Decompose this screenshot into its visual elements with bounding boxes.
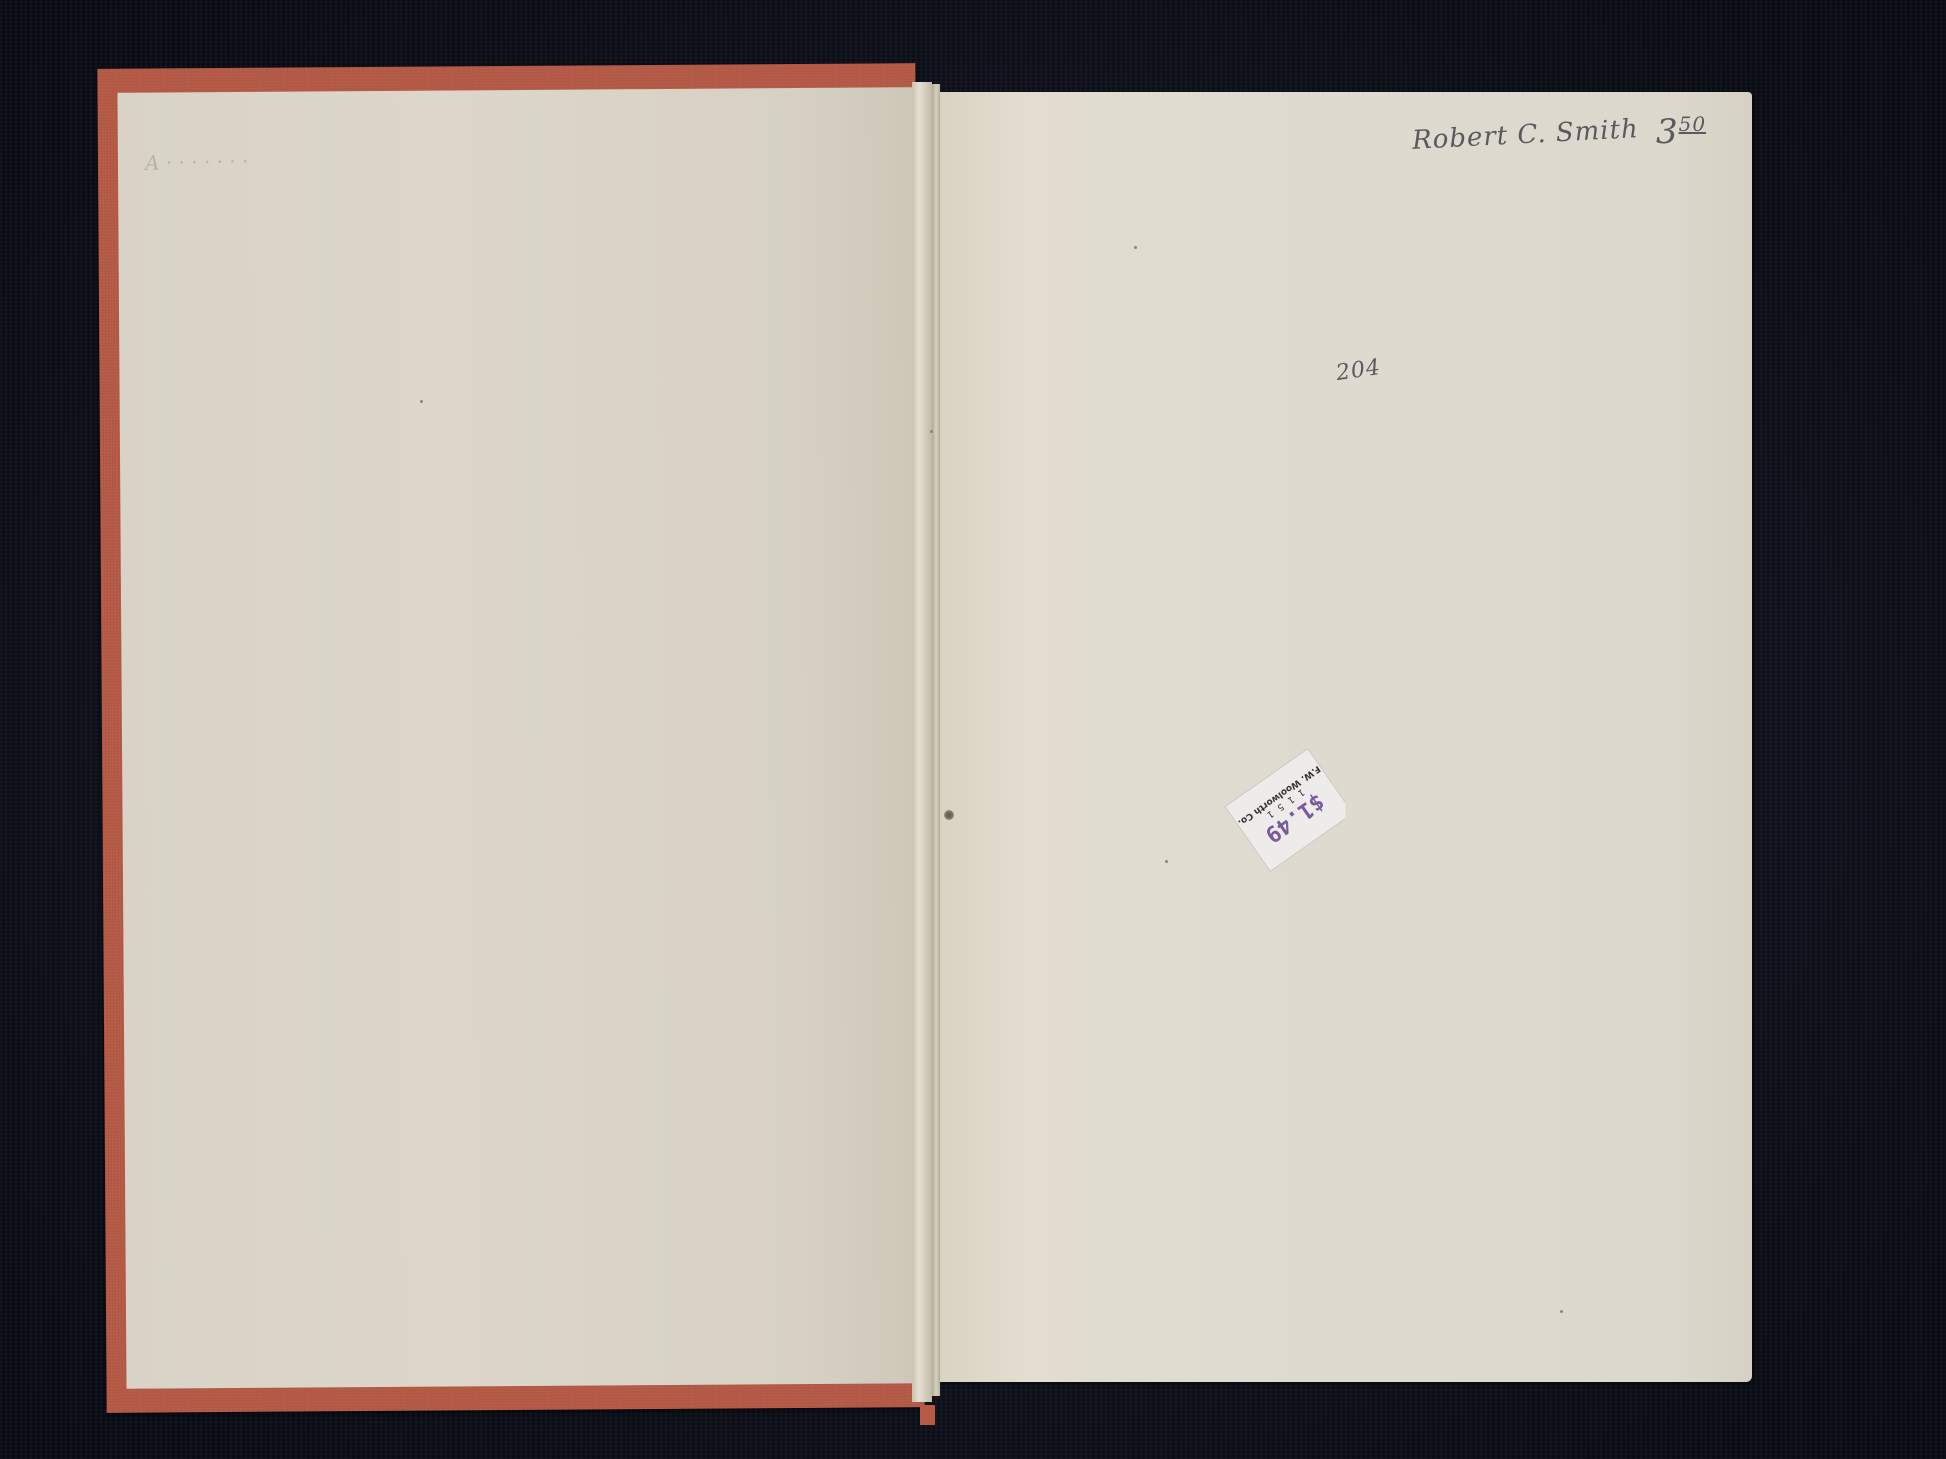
- book-gutter: [912, 82, 932, 1402]
- price-dollars: 3: [1656, 112, 1679, 152]
- left-endpaper: [117, 87, 924, 1389]
- right-flyleaf-page: [940, 92, 1752, 1382]
- paper-speck: [1165, 860, 1168, 863]
- faint-pencil-note: A · · · · · · ·: [145, 149, 249, 175]
- book-hinge: [932, 84, 940, 1396]
- paper-speck: [1134, 246, 1137, 249]
- paper-speck: [930, 430, 933, 433]
- paper-speck: [1560, 1310, 1563, 1313]
- cover-spine-edge: [920, 1405, 935, 1425]
- price-cents: 50: [1679, 112, 1706, 136]
- paper-speck: [420, 400, 423, 403]
- page-hole: [944, 810, 954, 820]
- pencil-price: 350: [1656, 112, 1706, 152]
